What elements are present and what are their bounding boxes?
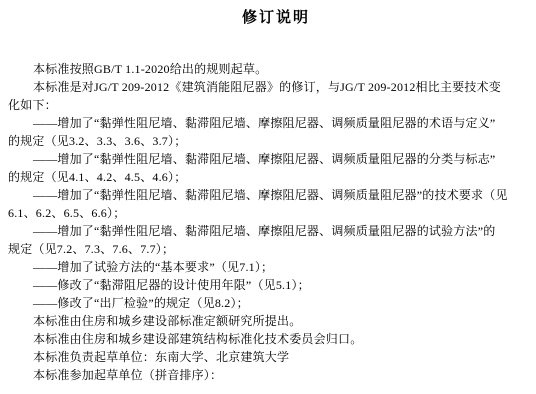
text-line: 规定（见7.2、7.3、7.6、7.7）； [8, 240, 534, 258]
text-line: 的规定（见3.2、3.3、3.6、3.7）； [8, 132, 534, 150]
text-line: 本标准按照GB/T 1.1-2020给出的规则起草。 [8, 60, 534, 78]
page-title: 修订说明 [8, 8, 536, 28]
text-line: 本标准由住房和城乡建设部建筑结构标准化技术委员会归口。 [8, 330, 534, 348]
text-line: 6.1、6.2、6.5、6.6）； [8, 204, 534, 222]
document-page: 修订说明 本标准按照GB/T 1.1-2020给出的规则起草。本标准是对JG/T… [0, 0, 536, 394]
text-line: ——增加了“黏弹性阻尼墙、黏滞阻尼墙、摩擦阻尼器、调频质量阻尼器的分类与标志” [8, 150, 534, 168]
text-line: 本标准由住房和城乡建设部标准定额研究所提出。 [8, 312, 534, 330]
text-line: 的规定（见4.1、4.2、4.5、4.6）； [8, 168, 534, 186]
text-line: ——增加了“黏弹性阻尼墙、黏滞阻尼墙、摩擦阻尼器、调频质量阻尼器的试验方法”的 [8, 222, 534, 240]
text-line: ——增加了“黏弹性阻尼墙、黏滞阻尼墙、摩擦阻尼器、调频质量阻尼器的术语与定义” [8, 114, 534, 132]
text-line: ——增加了“黏弹性阻尼墙、黏滞阻尼墙、摩擦阻尼器、调频质量阻尼器”的技术要求（见 [8, 186, 534, 204]
text-line: 化如下： [8, 96, 534, 114]
text-line: 本标准参加起草单位（拼音排序）： [8, 366, 534, 384]
text-line: ——增加了试验方法的“基本要求”（见7.1）； [8, 258, 534, 276]
text-line: 本标准是对JG/T 209-2012《建筑消能阻尼器》的修订，与JG/T 209… [8, 78, 534, 96]
text-line: ——修改了“黏滞阻尼器的设计使用年限”（见5.1）； [8, 276, 534, 294]
text-line: 本标准负责起草单位：东南大学、北京建筑大学 [8, 348, 534, 366]
document-body: 本标准按照GB/T 1.1-2020给出的规则起草。本标准是对JG/T 209-… [8, 60, 534, 384]
text-line: ——修改了“出厂检验”的规定（见8.2）； [8, 294, 534, 312]
